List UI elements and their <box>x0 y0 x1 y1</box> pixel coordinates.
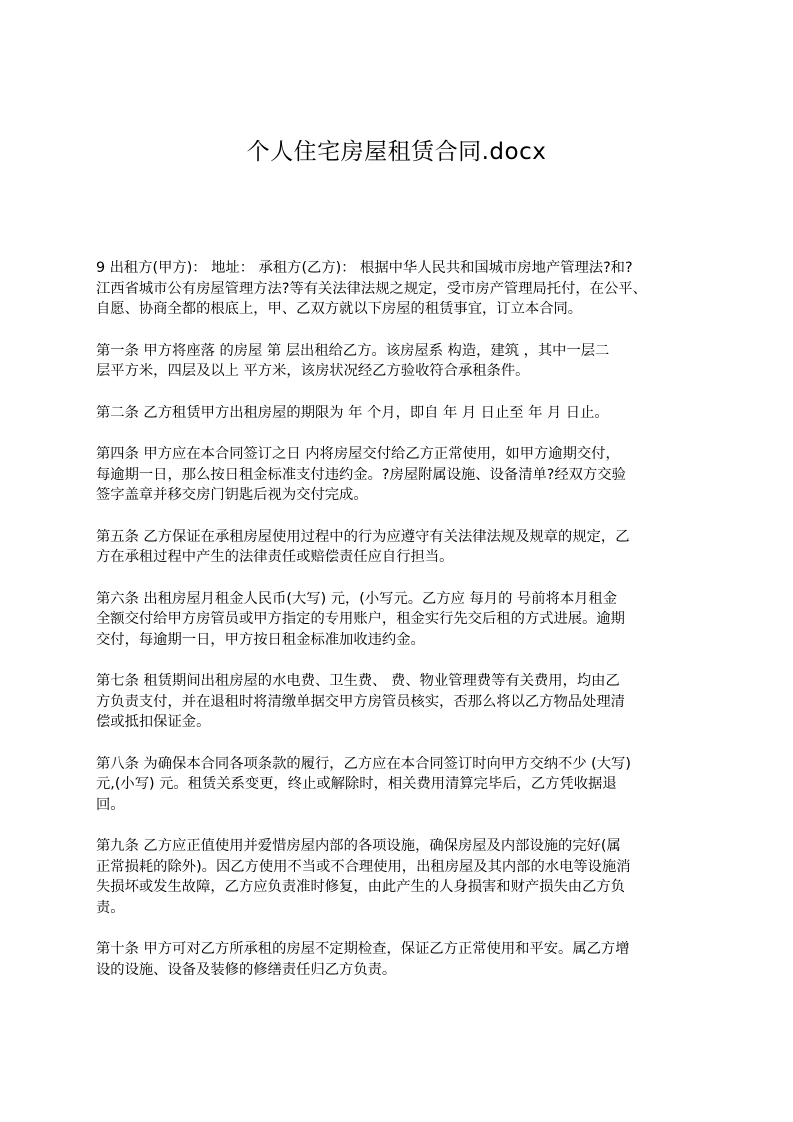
text-line: 交付，每逾期一日，甲方按日租金标准加收违约金。 <box>96 630 736 651</box>
paragraph-preamble: 9 出租方(甲方)： 地址： 承租方(乙方)： 根据中华人民共和国城市房地产管理… <box>96 258 736 320</box>
text-line: 第一条 甲方将座落 的房屋 第 层出租给乙方。该房屋系 构造，建筑 ，其中一层二 <box>96 341 736 362</box>
paragraph-article-5: 第五条 乙方保证在承租房屋使用过程中的行为应遵守有关法律法规及规章的规定，乙 方… <box>96 527 736 568</box>
paragraph-article-4: 第四条 甲方应在本合同签订之日 内将房屋交付给乙方正常使用，如甲方逾期交付， 每… <box>96 444 736 506</box>
paragraph-article-2: 第二条 乙方租赁甲方出租房屋的期限为 年 个月，即自 年 月 日止至 年 月 日… <box>96 403 736 424</box>
text-line: 9 出租方(甲方)： 地址： 承租方(乙方)： 根据中华人民共和国城市房地产管理… <box>96 258 736 279</box>
text-line: 第八条 为确保本合同各项条款的履行，乙方应在本合同签订时向甲方交纳不少 (大写) <box>96 754 736 775</box>
text-line: 第七条 租赁期间出租房屋的水电费、卫生费、 费、物业管理费等有关费用，均由乙 <box>96 671 736 692</box>
text-line: 失损坏或发生故障，乙方应负责准时修复，由此产生的人身损害和财产损失由乙方负 <box>96 877 736 898</box>
text-line: 元,(小写) 元。租赁关系变更，终止或解除时，相关费用清算完毕后，乙方凭收据退 <box>96 774 736 795</box>
text-line: 全额交付给甲方房管员或甲方指定的专用账户，租金实行先交后租的方式进展。逾期 <box>96 609 736 630</box>
text-line: 第十条 甲方可对乙方所承租的房屋不定期检查，保证乙方正常使用和平安。属乙方增 <box>96 939 736 960</box>
text-line: 层平方米，四层及以上 平方米，该房状况经乙方验收符合承租条件。 <box>96 361 736 382</box>
text-line: 签字盖章并移交房门钥匙后视为交付完成。 <box>96 485 736 506</box>
text-line: 偿或抵扣保证金。 <box>96 712 736 733</box>
document-title: 个人住宅房屋租赁合同.docx <box>0 136 793 168</box>
text-line: 正常损耗的除外)。因乙方使用不当或不合理使用，出租房屋及其内部的水电等设施消 <box>96 857 736 878</box>
text-line: 责。 <box>96 898 736 919</box>
paragraph-article-10: 第十条 甲方可对乙方所承租的房屋不定期检查，保证乙方正常使用和平安。属乙方增 设… <box>96 939 736 980</box>
paragraph-article-9: 第九条 乙方应正值使用并爱惜房屋内部的各项设施，确保房屋及内部设施的完好(属 正… <box>96 836 736 918</box>
text-line: 回。 <box>96 795 736 816</box>
text-line: 第九条 乙方应正值使用并爱惜房屋内部的各项设施，确保房屋及内部设施的完好(属 <box>96 836 736 857</box>
text-line: 第六条 出租房屋月租金人民币(大写) 元，(小写元。乙方应 每月的 号前将本月租… <box>96 589 736 610</box>
paragraph-article-1: 第一条 甲方将座落 的房屋 第 层出租给乙方。该房屋系 构造，建筑 ，其中一层二… <box>96 341 736 382</box>
text-line: 每逾期一日，那么按日租金标准支付违约金。?房屋附属设施、设备清单?经双方交验 <box>96 465 736 486</box>
text-line: 江西省城市公有房屋管理方法?等有关法律法规之规定，受市房产管理局托付，在公平、 <box>96 279 736 300</box>
paragraph-article-6: 第六条 出租房屋月租金人民币(大写) 元，(小写元。乙方应 每月的 号前将本月租… <box>96 589 736 651</box>
text-line: 第五条 乙方保证在承租房屋使用过程中的行为应遵守有关法律法规及规章的规定，乙 <box>96 527 736 548</box>
text-line: 设的设施、设备及装修的修缮责任归乙方负责。 <box>96 960 736 981</box>
document-page: 个人住宅房屋租赁合同.docx 9 出租方(甲方)： 地址： 承租方(乙方)： … <box>0 0 793 1122</box>
paragraph-article-8: 第八条 为确保本合同各项条款的履行，乙方应在本合同签订时向甲方交纳不少 (大写)… <box>96 754 736 816</box>
text-line: 方在承租过程中产生的法律责任或赔偿责任应自行担当。 <box>96 547 736 568</box>
text-line: 第二条 乙方租赁甲方出租房屋的期限为 年 个月，即自 年 月 日止至 年 月 日… <box>96 403 736 424</box>
paragraph-article-7: 第七条 租赁期间出租房屋的水电费、卫生费、 费、物业管理费等有关费用，均由乙 方… <box>96 671 736 733</box>
text-line: 方负责支付，并在退租时将清缴单据交甲方房管员核实，否那么将以乙方物品处理清 <box>96 692 736 713</box>
text-line: 第四条 甲方应在本合同签订之日 内将房屋交付给乙方正常使用，如甲方逾期交付， <box>96 444 736 465</box>
text-line: 自愿、协商全都的根底上，甲、乙双方就以下房屋的租赁事宜，订立本合同。 <box>96 299 736 320</box>
document-body: 9 出租方(甲方)： 地址： 承租方(乙方)： 根据中华人民共和国城市房地产管理… <box>96 258 736 1001</box>
